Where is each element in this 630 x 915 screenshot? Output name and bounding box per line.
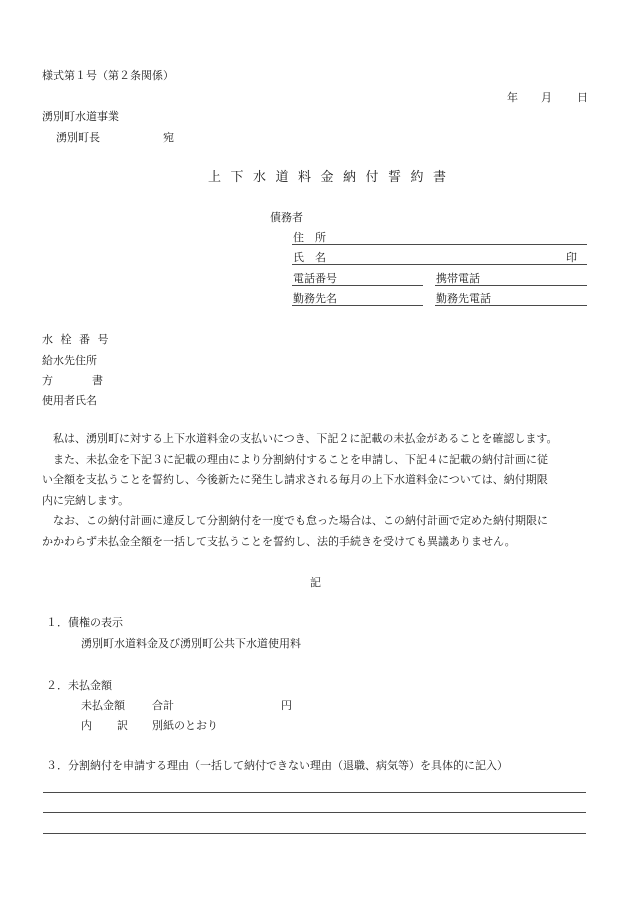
body-line-5: なお、この納付計画に違反して分割納付を一度でも怠った場合は、この納付計画で定めた… xyxy=(42,511,590,532)
total-label: 合計 xyxy=(152,700,174,711)
phone-underline xyxy=(292,285,423,286)
breakdown-label-1: 内 xyxy=(81,720,92,731)
seal-label: 印 xyxy=(566,252,577,263)
date-month-label: 月 xyxy=(541,92,552,103)
employer-phone-label: 勤務先電話 xyxy=(436,293,491,304)
name-label: 氏 名 xyxy=(293,252,326,263)
mobile-underline xyxy=(435,285,587,286)
date-year-label: 年 xyxy=(507,92,518,103)
reason-underline-3 xyxy=(43,833,586,834)
breakdown-value: 別紙のとおり xyxy=(152,720,218,731)
debtor-heading: 債務者 xyxy=(270,212,303,223)
section1-content: 湧別町水道料金及び湧別町公共下水道使用料 xyxy=(81,638,301,649)
section3-heading: ３．分割納付を申請する理由（一括して納付できない理由（退職、病気等）を具体的に記… xyxy=(46,760,508,771)
supply-address-label: 給水先住所 xyxy=(42,355,97,366)
ki-label: 記 xyxy=(310,577,321,588)
currency-label: 円 xyxy=(281,700,292,711)
address-label: 住 所 xyxy=(293,232,326,243)
addressee-recipient: 湧別町長 xyxy=(56,132,100,143)
body-line-3: い全額を支払うことを誓約し、今後新たに発生し請求される毎月の上下水道料金について… xyxy=(42,470,590,491)
phone-label: 電話番号 xyxy=(293,273,337,284)
employer-label: 勤務先名 xyxy=(293,293,337,304)
body-line-1: 私は、湧別町に対する上下水道料金の支払いにつき、下記２に記載の未払金があることを… xyxy=(42,429,590,450)
reason-underline-2 xyxy=(43,812,586,813)
address-underline xyxy=(292,244,587,245)
body-line-4: 内に完納します。 xyxy=(42,491,590,512)
direction-label-2: 書 xyxy=(92,375,103,386)
name-underline xyxy=(292,264,587,265)
body-line-2: また、未払金を下記３に記載の理由により分割納付することを申請し、下記４に記載の納… xyxy=(42,450,590,471)
section2-heading: ２．未払金額 xyxy=(46,680,112,691)
page-title: 上下水道料金納付誓約書 xyxy=(208,171,456,184)
form-number: 様式第１号（第２条関係） xyxy=(42,70,174,81)
breakdown-label-2: 訳 xyxy=(117,720,128,731)
addressee-organization: 湧別町水道事業 xyxy=(42,111,119,122)
reason-underline-1 xyxy=(43,792,586,793)
date-day-label: 日 xyxy=(577,92,588,103)
section1-heading: １．債権の表示 xyxy=(46,617,123,628)
meter-number-label: 水 栓 番 号 xyxy=(42,334,111,345)
employer-phone-underline xyxy=(435,305,587,306)
direction-label-1: 方 xyxy=(42,375,53,386)
user-name-label: 使用者氏名 xyxy=(42,395,97,406)
addressee-honorific: 宛 xyxy=(163,132,174,143)
employer-underline xyxy=(292,305,423,306)
amount-label: 未払金額 xyxy=(81,700,125,711)
body-line-6: かかわらず未払金全額を一括して支払うことを誓約し、法的手続きを受けても異議ありま… xyxy=(42,532,590,553)
body-paragraphs: 私は、湧別町に対する上下水道料金の支払いにつき、下記２に記載の未払金があることを… xyxy=(42,429,590,552)
mobile-label: 携帯電話 xyxy=(436,273,480,284)
